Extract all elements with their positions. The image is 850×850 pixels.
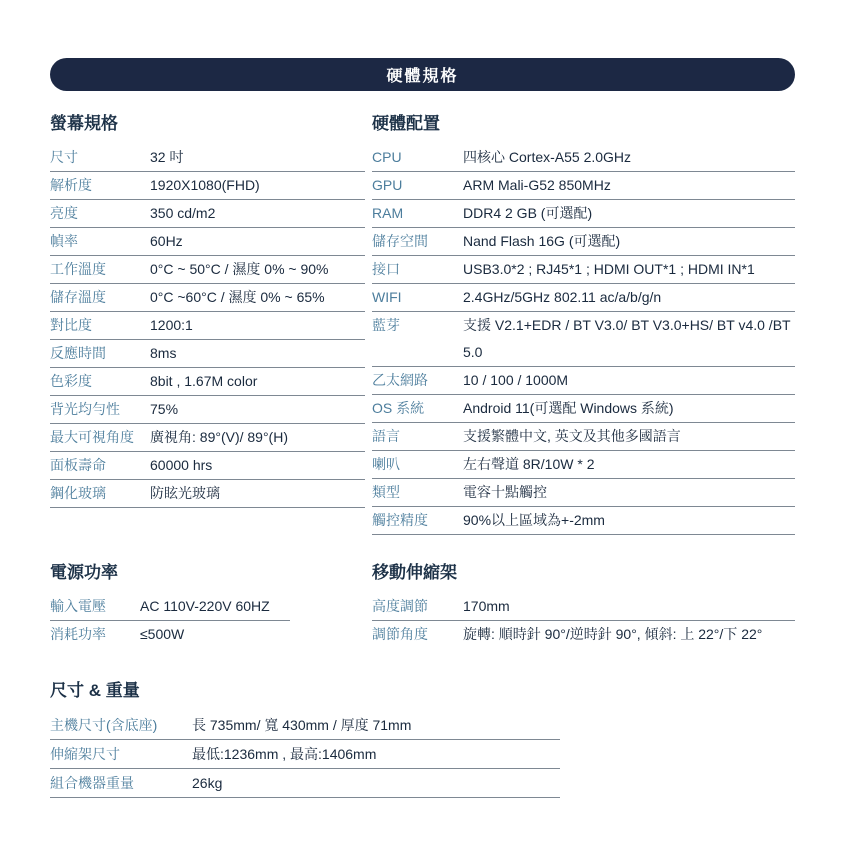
spec-label: 消耗功率 [50, 621, 140, 648]
spec-row: 伸縮架尺寸最低:1236mm , 最高:1406mm [50, 740, 560, 769]
spec-value: 32 吋 [150, 144, 365, 171]
spec-label: 面板壽命 [50, 452, 150, 479]
stand-spec-table: 高度調節170mm調節角度旋轉: 順時針 90°/逆時針 90°, 傾斜: 上 … [372, 593, 795, 649]
spec-row: 高度調節170mm [372, 593, 795, 621]
spec-row: 反應時間8ms [50, 340, 365, 368]
spec-value: 8bit , 1.67M color [150, 368, 365, 395]
spec-row: 語言支援繁體中文, 英文及其他多國語言 [372, 423, 795, 451]
page-header-banner: 硬體規格 [50, 58, 795, 91]
spec-label: 調節角度 [372, 621, 463, 648]
spec-row: CPU四核心 Cortex-A55 2.0GHz [372, 144, 795, 172]
spec-row: 解析度1920X1080(FHD) [50, 172, 365, 200]
spec-row: 儲存空間Nand Flash 16G (可選配) [372, 228, 795, 256]
spec-sheet-page: 硬體規格 螢幕規格 尺寸32 吋解析度1920X1080(FHD)亮度350 c… [0, 0, 850, 850]
section-title-screen: 螢幕規格 [50, 112, 365, 136]
spec-label: 儲存空間 [372, 228, 463, 255]
spec-row: OS 系統Android 11(可選配 Windows 系統) [372, 395, 795, 423]
spec-value: 2.4GHz/5GHz 802.11 ac/a/b/g/n [463, 284, 795, 311]
spec-row: 主機尺寸(含底座)長 735mm/ 寬 430mm / 厚度 71mm [50, 711, 560, 740]
spec-label: 類型 [372, 479, 463, 506]
spec-label: 反應時間 [50, 340, 150, 367]
spec-label: 色彩度 [50, 368, 150, 395]
spec-value: AC 110V-220V 60HZ [140, 593, 290, 620]
spec-row: 對比度1200:1 [50, 312, 365, 340]
spec-value: 四核心 Cortex-A55 2.0GHz [463, 144, 795, 171]
section-title-dimensions: 尺寸 & 重量 [50, 679, 560, 703]
spec-row: 喇叭左右聲道 8R/10W * 2 [372, 451, 795, 479]
spec-label: 組合機器重量 [50, 769, 192, 797]
spec-row: 工作溫度0°C ~ 50°C / 濕度 0% ~ 90% [50, 256, 365, 284]
spec-value: 1200:1 [150, 312, 365, 339]
spec-value: 廣視角: 89°(V)/ 89°(H) [150, 424, 365, 451]
hardware-config-table: CPU四核心 Cortex-A55 2.0GHzGPUARM Mali-G52 … [372, 144, 795, 535]
spec-label: RAM [372, 200, 463, 227]
spec-row: 面板壽命60000 hrs [50, 452, 365, 480]
spec-row: 類型電容十點觸控 [372, 479, 795, 507]
spec-value: Android 11(可選配 Windows 系統) [463, 395, 795, 422]
spec-value: 0°C ~60°C / 濕度 0% ~ 65% [150, 284, 365, 311]
spec-value: ≤500W [140, 621, 290, 648]
spec-row: 尺寸32 吋 [50, 144, 365, 172]
spec-value: 支援繁體中文, 英文及其他多國語言 [463, 423, 795, 450]
spec-value: USB3.0*2 ; RJ45*1 ; HDMI OUT*1 ; HDMI IN… [463, 256, 795, 283]
spec-label: 幀率 [50, 228, 150, 255]
spec-label: 觸控精度 [372, 507, 463, 534]
spec-value: 電容十點觸控 [463, 479, 795, 506]
spec-row: 色彩度8bit , 1.67M color [50, 368, 365, 396]
spec-value: 90%以上區域為+-2mm [463, 507, 795, 534]
spec-label: 工作溫度 [50, 256, 150, 283]
spec-label: CPU [372, 144, 463, 171]
spec-value: 防眩光玻璃 [150, 480, 365, 507]
spec-value: 左右聲道 8R/10W * 2 [463, 451, 795, 478]
spec-label: 語言 [372, 423, 463, 450]
spec-label: 伸縮架尺寸 [50, 740, 192, 768]
spec-value: 0°C ~ 50°C / 濕度 0% ~ 90% [150, 256, 365, 283]
spec-label: 接口 [372, 256, 463, 283]
section-title-stand: 移動伸縮架 [372, 561, 795, 585]
middle-columns: 電源功率 輸入電壓AC 110V-220V 60HZ消耗功率≤500W 移動伸縮… [50, 561, 800, 649]
spec-value: 最低:1236mm , 最高:1406mm [192, 740, 560, 768]
spec-value: 長 735mm/ 寬 430mm / 厚度 71mm [192, 711, 560, 739]
screen-spec-table: 尺寸32 吋解析度1920X1080(FHD)亮度350 cd/m2幀率60Hz… [50, 144, 365, 508]
spec-row: WIFI2.4GHz/5GHz 802.11 ac/a/b/g/n [372, 284, 795, 312]
spec-value: 350 cd/m2 [150, 200, 365, 227]
screen-spec-section: 螢幕規格 尺寸32 吋解析度1920X1080(FHD)亮度350 cd/m2幀… [50, 112, 365, 508]
spec-row: 藍芽支援 V2.1+EDR / BT V3.0/ BT V3.0+HS/ BT … [372, 312, 795, 367]
dimensions-spec-table: 主機尺寸(含底座)長 735mm/ 寬 430mm / 厚度 71mm伸縮架尺寸… [50, 711, 560, 798]
spec-value: 75% [150, 396, 365, 423]
spec-label: 背光均勻性 [50, 396, 150, 423]
spec-value: 26kg [192, 769, 560, 797]
spec-label: 亮度 [50, 200, 150, 227]
spec-value: 支援 V2.1+EDR / BT V3.0/ BT V3.0+HS/ BT v4… [463, 312, 795, 366]
spec-label: 主機尺寸(含底座) [50, 711, 192, 739]
spec-row: 消耗功率≤500W [50, 621, 290, 649]
spec-label: WIFI [372, 284, 463, 311]
spec-row: 接口USB3.0*2 ; RJ45*1 ; HDMI OUT*1 ; HDMI … [372, 256, 795, 284]
spec-label: 對比度 [50, 312, 150, 339]
power-section: 電源功率 輸入電壓AC 110V-220V 60HZ消耗功率≤500W [50, 561, 365, 649]
spec-value: 1920X1080(FHD) [150, 172, 365, 199]
spec-row: 觸控精度90%以上區域為+-2mm [372, 507, 795, 535]
spec-value: 170mm [463, 593, 795, 620]
spec-row: 乙太網路10 / 100 / 1000M [372, 367, 795, 395]
spec-value: 60000 hrs [150, 452, 365, 479]
dimensions-section: 尺寸 & 重量 主機尺寸(含底座)長 735mm/ 寬 430mm / 厚度 7… [50, 679, 560, 798]
spec-row: 儲存溫度0°C ~60°C / 濕度 0% ~ 65% [50, 284, 365, 312]
spec-row: 組合機器重量26kg [50, 769, 560, 798]
spec-label: 喇叭 [372, 451, 463, 478]
section-title-power: 電源功率 [50, 561, 365, 585]
spec-value: 60Hz [150, 228, 365, 255]
spec-value: Nand Flash 16G (可選配) [463, 228, 795, 255]
spec-label: GPU [372, 172, 463, 199]
power-spec-table: 輸入電壓AC 110V-220V 60HZ消耗功率≤500W [50, 593, 290, 649]
spec-value: 旋轉: 順時針 90°/逆時針 90°, 傾斜: 上 22°/下 22° [463, 621, 795, 648]
spec-label: 鋼化玻璃 [50, 480, 150, 507]
spec-label: OS 系統 [372, 395, 463, 422]
spec-value: 8ms [150, 340, 365, 367]
spec-row: 亮度350 cd/m2 [50, 200, 365, 228]
spec-label: 尺寸 [50, 144, 150, 171]
spec-row: 調節角度旋轉: 順時針 90°/逆時針 90°, 傾斜: 上 22°/下 22° [372, 621, 795, 649]
spec-label: 解析度 [50, 172, 150, 199]
spec-row: 鋼化玻璃防眩光玻璃 [50, 480, 365, 508]
spec-label: 藍芽 [372, 312, 463, 339]
section-title-hardware: 硬體配置 [372, 112, 795, 136]
spec-label: 高度調節 [372, 593, 463, 620]
stand-section: 移動伸縮架 高度調節170mm調節角度旋轉: 順時針 90°/逆時針 90°, … [372, 561, 795, 649]
spec-row: RAMDDR4 2 GB (可選配) [372, 200, 795, 228]
spec-label: 乙太網路 [372, 367, 463, 394]
page-title: 硬體規格 [386, 63, 458, 86]
spec-row: GPUARM Mali-G52 850MHz [372, 172, 795, 200]
spec-label: 最大可視角度 [50, 424, 150, 451]
spec-value: ARM Mali-G52 850MHz [463, 172, 795, 199]
top-columns: 螢幕規格 尺寸32 吋解析度1920X1080(FHD)亮度350 cd/m2幀… [50, 112, 800, 535]
spec-value: DDR4 2 GB (可選配) [463, 200, 795, 227]
hardware-config-section: 硬體配置 CPU四核心 Cortex-A55 2.0GHzGPUARM Mali… [372, 112, 795, 535]
spec-row: 最大可視角度廣視角: 89°(V)/ 89°(H) [50, 424, 365, 452]
spec-label: 輸入電壓 [50, 593, 140, 620]
spec-label: 儲存溫度 [50, 284, 150, 311]
spec-row: 輸入電壓AC 110V-220V 60HZ [50, 593, 290, 621]
spec-value: 10 / 100 / 1000M [463, 367, 795, 394]
spec-row: 幀率60Hz [50, 228, 365, 256]
spec-row: 背光均勻性75% [50, 396, 365, 424]
